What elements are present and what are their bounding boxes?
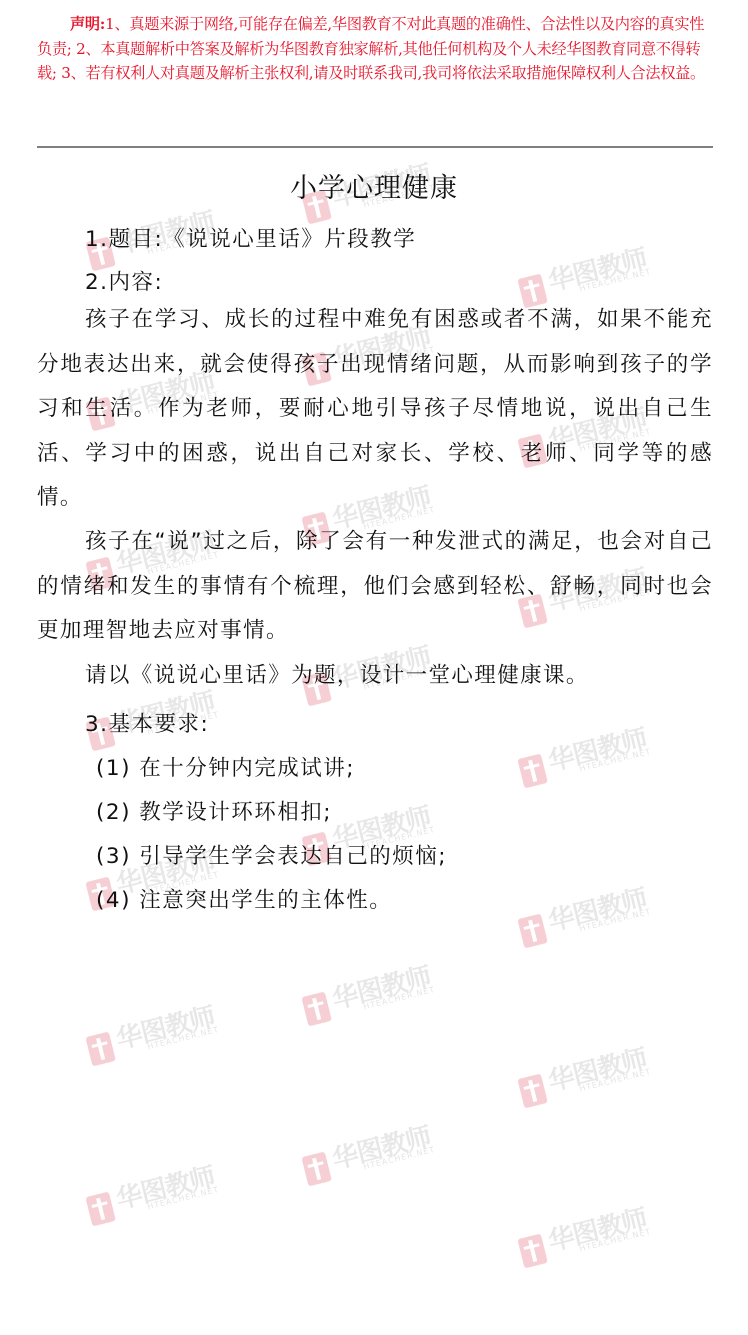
disclaimer-lead: 声明:: [70, 15, 105, 33]
watermark-text: 华图教师: [112, 996, 218, 1056]
watermark-subtext: HTEACHER.NET: [146, 1185, 220, 1212]
watermark-subtext: HTEACHER.NET: [578, 1227, 652, 1254]
watermark-subtext: HTEACHER.NET: [578, 1067, 652, 1094]
huatu-logo-icon: [517, 1074, 548, 1109]
watermark: 华图教师HTEACHER.NET: [297, 949, 443, 1040]
requirement-item: (4) 注意突出学生的主体性。: [96, 883, 392, 914]
watermark-subtext: HTEACHER.NET: [362, 985, 436, 1012]
watermark-subtext: HTEACHER.NET: [578, 747, 652, 774]
watermark-text: 华图教师: [328, 956, 434, 1016]
watermark: 华图教师HTEACHER.NET: [513, 711, 659, 802]
watermark: 华图教师HTEACHER.NET: [81, 1149, 227, 1240]
requirement-item: (1) 在十分钟内完成试讲;: [96, 751, 355, 782]
watermark-text: 华图教师: [544, 238, 650, 298]
watermark: 华图教师HTEACHER.NET: [81, 989, 227, 1080]
watermark-text: 华图教师: [544, 1038, 650, 1098]
disclaimer: 声明:1、真题来源于网络,可能存在偏差,华图教育不对此真题的准确性、合法性以及内…: [37, 12, 713, 86]
watermark-text: 华图教师: [544, 878, 650, 938]
watermark: 华图教师HTEACHER.NET: [297, 1109, 443, 1200]
page-title: 小学心理健康: [0, 166, 748, 205]
watermark: 华图教师HTEACHER.NET: [513, 1031, 659, 1122]
watermark-subtext: HTEACHER.NET: [578, 267, 652, 294]
huatu-logo-icon: [85, 1192, 116, 1227]
huatu-logo-icon: [85, 1032, 116, 1067]
huatu-logo-icon: [517, 1234, 548, 1269]
content-paragraph-1: 孩子在学习、成长的过程中难免有困惑或者不满，如果不能充分地表达出来，就会使得孩子…: [37, 298, 713, 521]
watermark-text: 华图教师: [544, 1198, 650, 1258]
huatu-logo-icon: [517, 914, 548, 949]
watermark: 华图教师HTEACHER.NET: [513, 871, 659, 962]
watermark-subtext: HTEACHER.NET: [578, 907, 652, 934]
header-divider: [37, 146, 713, 148]
watermark: 华图教师HTEACHER.NET: [513, 1191, 659, 1282]
requirement-item: (2) 教学设计环环相扣;: [96, 795, 332, 826]
disclaimer-text: 1、真题来源于网络,可能存在偏差,华图教育不对此真题的准确性、合法性以及内容的真…: [37, 15, 705, 82]
watermark-text: 华图教师: [328, 1116, 434, 1176]
item-content-heading: 2.内容:: [85, 265, 163, 296]
requirement-item: (3) 引导学生学会表达自己的烦恼;: [96, 839, 447, 870]
item-requirements-heading: 3.基本要求:: [85, 707, 209, 738]
content-paragraph-2: 孩子在“说”过之后，除了会有一种发泄式的满足，也会对自己的情绪和发生的事情有个梳…: [37, 520, 713, 654]
watermark-subtext: HTEACHER.NET: [362, 1145, 436, 1172]
item-topic: 1.题目:《说说心里话》片段教学: [85, 222, 416, 253]
watermark-subtext: HTEACHER.NET: [146, 1025, 220, 1052]
watermark-text: 华图教师: [112, 1156, 218, 1216]
watermark-text: 华图教师: [544, 718, 650, 778]
content-paragraph-3: 请以《说说心里话》为题，设计一堂心理健康课。: [37, 654, 713, 699]
huatu-logo-icon: [301, 1152, 332, 1187]
huatu-logo-icon: [301, 992, 332, 1027]
huatu-logo-icon: [517, 754, 548, 789]
